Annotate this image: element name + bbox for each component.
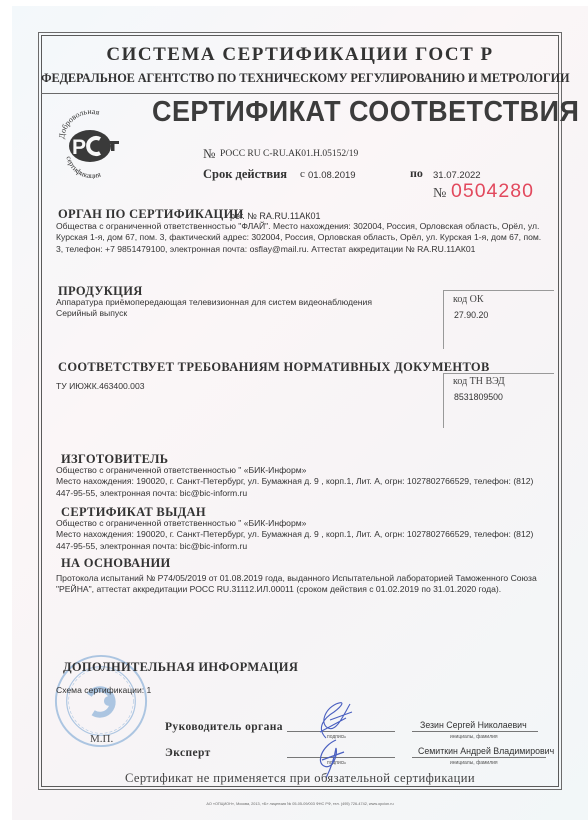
printer-imprint: АО «ОПЦИОН», Москва, 2013, «Б» лицензия … [41, 802, 559, 806]
certification-body-text: Общества с ограниченной ответственностью… [56, 221, 541, 255]
manufacturer-line-1: Общество с ограниченной ответственностью… [56, 465, 533, 476]
normative-document: ТУ ИЮЖК.463400.003 [56, 381, 145, 392]
issued-to-text: Общество с ограниченной ответственностью… [56, 518, 533, 552]
basis-text: Протокола испытаний № Р74/05/2019 от 01.… [56, 573, 537, 596]
expert-name-caption: инициалы, фамилия [450, 760, 498, 766]
certification-body-heading: ОРГАН ПО СЕРТИФИКАЦИИ [58, 207, 244, 222]
certification-body-reg: рег. № RA.RU.11АК01 [230, 211, 320, 221]
head-name-caption: инициалы, фамилия [450, 734, 498, 740]
issued-to-line-3: 447-95-55, электронная почта: bic@bic-in… [56, 541, 533, 552]
basis-line-2: "РЕЙНА", аттестат аккредитации РОСС RU.3… [56, 584, 537, 595]
cert-number-sign: № [203, 146, 215, 162]
head-signature-icon [306, 698, 356, 742]
cb-line-2: Курская 1-я, дом 67, пом. 3, фактический… [56, 232, 541, 243]
tn-ved-box: код ТН ВЭД 8531809500 [443, 373, 554, 428]
agency-name: ФЕДЕРАЛЬНОЕ АГЕНТСТВО ПО ТЕХНИЧЕСКОМУ РЕ… [41, 71, 559, 86]
expert-name-line [412, 757, 546, 758]
ok-code-label: код ОК [453, 294, 484, 305]
cert-number: РОСС RU С-RU.АК01.Н.05152/19 [220, 149, 358, 159]
basis-line-1: Протокола испытаний № Р74/05/2019 от 01.… [56, 573, 537, 584]
header-divider [41, 93, 559, 94]
product-line-2: Серийный выпуск [56, 308, 372, 319]
ok-code-box: код ОК 27.90.20 [443, 290, 554, 349]
manufacturer-line-3: 447-95-55, электронная почта: bic@bic-in… [56, 488, 533, 499]
cb-line-1: Общества с ограниченной ответственностью… [56, 221, 541, 232]
serial-number-sign: № [433, 186, 446, 202]
cb-line-3: 3, телефон: +7 9851479100, электронная п… [56, 244, 541, 255]
issued-to-line-2: Место нахождения: 190020, г. Санкт-Петер… [56, 529, 533, 540]
expert-name: Семиткин Андрей Владимирович [418, 746, 554, 756]
certification-scheme: Схема сертификации: 1 [56, 685, 151, 696]
rst-logo-icon: Добровольная Р сертификация [56, 109, 126, 179]
compliance-heading: СООТВЕТСТВУЕТ ТРЕБОВАНИЯМ НОРМАТИВНЫХ ДО… [58, 360, 490, 375]
additional-info-heading: ДОПОЛНИТЕЛЬНАЯ ИНФОРМАЦИЯ [63, 660, 298, 675]
document-title: СЕРТИФИКАТ СООТВЕТСТВИЯ [152, 96, 579, 129]
issued-to-line-1: Общество с ограниченной ответственностью… [56, 518, 533, 529]
valid-from-date: 01.08.2019 [308, 170, 356, 181]
validity-to-label: по [410, 166, 423, 181]
product-line-1: Аппаратура приёмопередающая телевизионна… [56, 297, 372, 308]
validity-from-prefix: с [300, 168, 305, 180]
head-name: Зезин Сергей Николаевич [420, 720, 527, 730]
basis-heading: НА ОСНОВАНИИ [61, 556, 171, 571]
tn-ved-label: код ТН ВЭД [453, 376, 505, 387]
head-name-line [412, 731, 538, 732]
serial-number: 0504280 [451, 180, 534, 203]
manufacturer-line-2: Место нахождения: 190020, г. Санкт-Петер… [56, 476, 533, 487]
expert-label: Эксперт [165, 747, 211, 759]
svg-text:Р: Р [72, 136, 86, 159]
product-text: Аппаратура приёмопередающая телевизионна… [56, 297, 372, 320]
head-label: Руководитель органа [165, 721, 283, 733]
footer-note: Сертификат не применяется при обязательн… [41, 771, 559, 786]
tn-ved-value: 8531809500 [454, 392, 503, 402]
validity-label: Срок действия [203, 167, 287, 182]
stamp-label: М.П. [90, 733, 113, 745]
system-title: СИСТЕМА СЕРТИФИКАЦИИ ГОСТ Р [41, 44, 559, 66]
manufacturer-text: Общество с ограниченной ответственностью… [56, 465, 533, 499]
ok-code-value: 27.90.20 [454, 310, 488, 320]
